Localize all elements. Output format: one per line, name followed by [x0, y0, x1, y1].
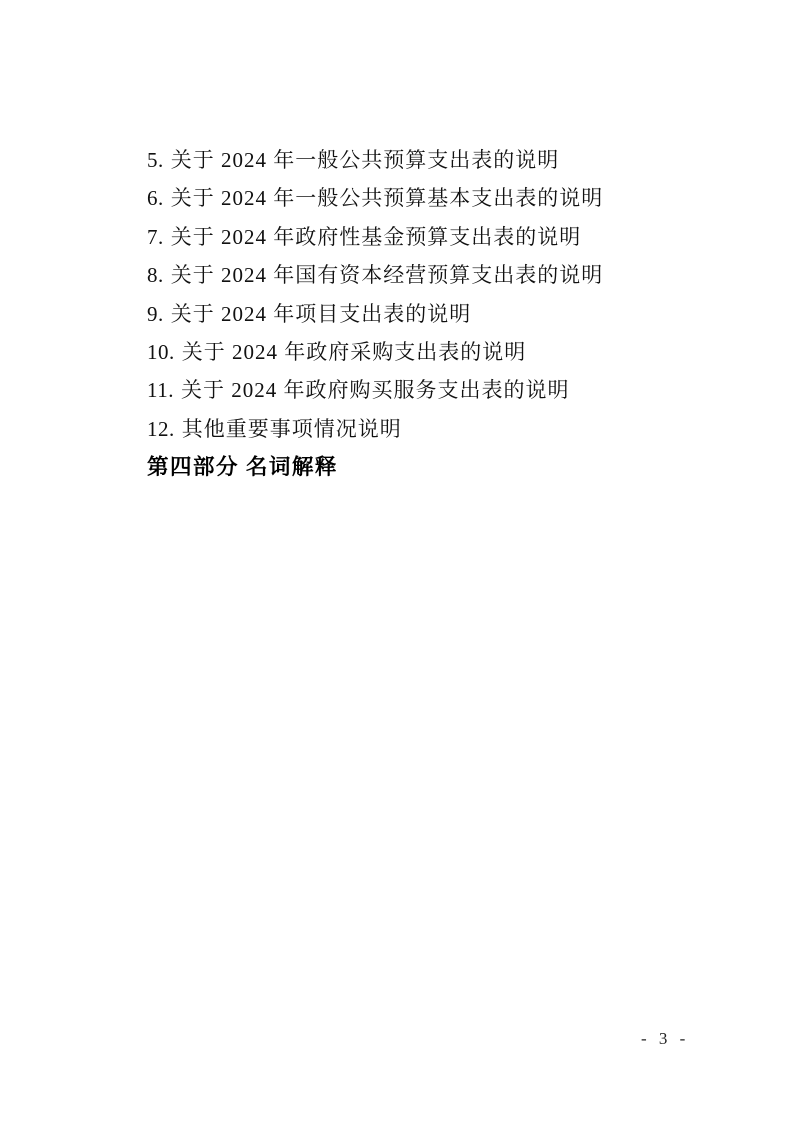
toc-item-text: 关于 2024 年一般公共预算基本支出表的说明	[171, 186, 604, 210]
toc-item: 8.关于 2024 年国有资本经营预算支出表的说明	[147, 256, 703, 294]
toc-list: 5.关于 2024 年一般公共预算支出表的说明 6.关于 2024 年一般公共预…	[147, 141, 703, 487]
toc-item-number: 9.	[147, 295, 164, 333]
page-number: - 3 -	[641, 1029, 689, 1049]
toc-item: 6.关于 2024 年一般公共预算基本支出表的说明	[147, 179, 703, 217]
toc-item-number: 10.	[147, 333, 175, 371]
toc-item: 9.关于 2024 年项目支出表的说明	[147, 295, 703, 333]
section-heading: 第四部分 名词解释	[147, 448, 703, 486]
toc-item-number: 8.	[147, 256, 164, 294]
toc-item-number: 11.	[147, 371, 174, 409]
toc-item-text: 关于 2024 年项目支出表的说明	[171, 302, 472, 326]
toc-item-number: 5.	[147, 141, 164, 179]
toc-item-text: 关于 2024 年政府性基金预算支出表的说明	[171, 225, 582, 249]
toc-item-number: 6.	[147, 179, 164, 217]
toc-item-text: 关于 2024 年政府购买服务支出表的说明	[181, 378, 570, 402]
toc-item: 10.关于 2024 年政府采购支出表的说明	[147, 333, 703, 371]
toc-item-text: 其他重要事项情况说明	[182, 417, 402, 441]
toc-item: 7.关于 2024 年政府性基金预算支出表的说明	[147, 218, 703, 256]
toc-item: 11.关于 2024 年政府购买服务支出表的说明	[147, 371, 703, 409]
toc-item: 5.关于 2024 年一般公共预算支出表的说明	[147, 141, 703, 179]
toc-item-text: 关于 2024 年国有资本经营预算支出表的说明	[171, 263, 604, 287]
toc-item-number: 7.	[147, 218, 164, 256]
toc-item-text: 关于 2024 年政府采购支出表的说明	[182, 340, 527, 364]
document-page: 5.关于 2024 年一般公共预算支出表的说明 6.关于 2024 年一般公共预…	[0, 0, 793, 1122]
toc-item: 12.其他重要事项情况说明	[147, 410, 703, 448]
toc-item-number: 12.	[147, 410, 175, 448]
toc-item-text: 关于 2024 年一般公共预算支出表的说明	[171, 148, 560, 172]
